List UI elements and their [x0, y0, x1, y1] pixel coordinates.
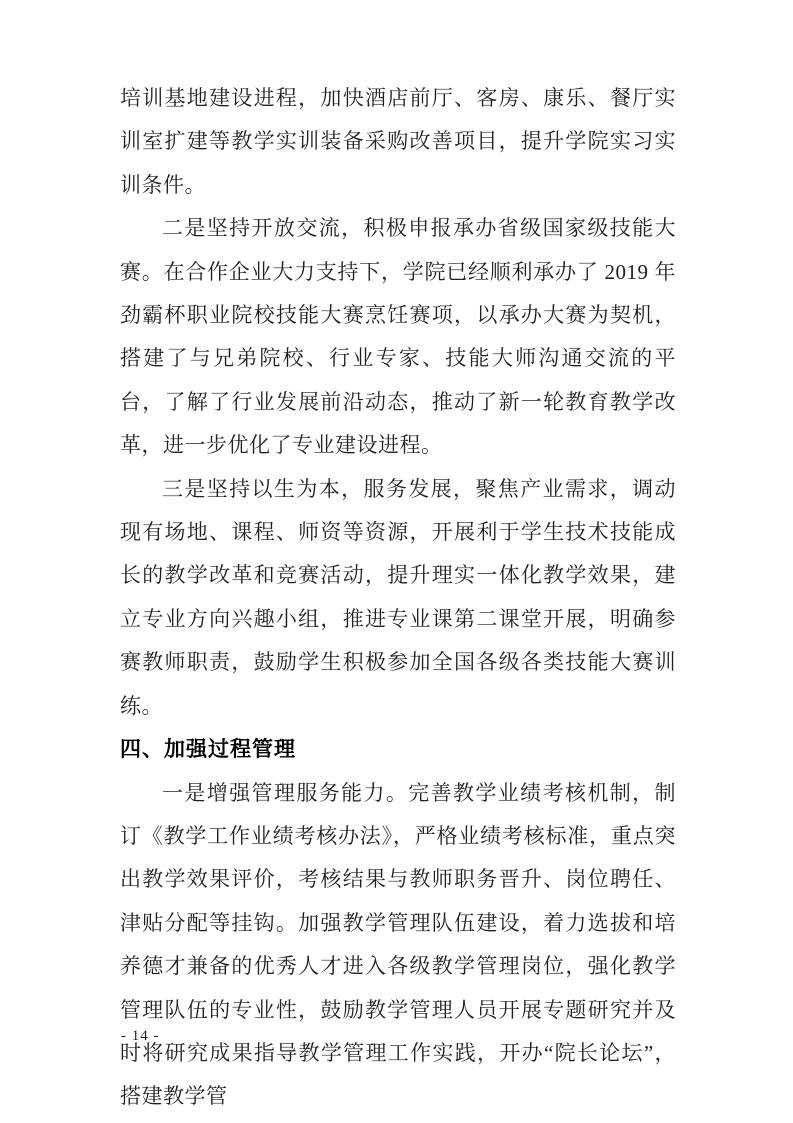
page-content: 培训基地建设进程，加快酒店前厅、客房、康乐、餐厅实训室扩建等教学实训装备采购改善…	[120, 77, 676, 1119]
document-page: 培训基地建设进程，加快酒店前厅、客房、康乐、餐厅实训室扩建等教学实训装备采购改善…	[0, 0, 793, 1123]
section-heading: 四、加强过程管理	[120, 728, 676, 771]
page-number: - 14 -	[121, 1026, 160, 1046]
body-paragraph-point-one: 一是增强管理服务能力。完善教学业绩考核机制，制订《教学工作业绩考核办法》，严格业…	[120, 772, 676, 1119]
body-paragraph-point-two: 二是坚持开放交流，积极申报承办省级国家级技能大赛。在合作企业大力支持下，学院已经…	[120, 207, 676, 467]
body-paragraph-continuation: 培训基地建设进程，加快酒店前厅、客房、康乐、餐厅实训室扩建等教学实训装备采购改善…	[120, 77, 676, 207]
body-paragraph-point-three: 三是坚持以生为本，服务发展，聚焦产业需求，调动现有场地、课程、师资等资源，开展利…	[120, 468, 676, 728]
